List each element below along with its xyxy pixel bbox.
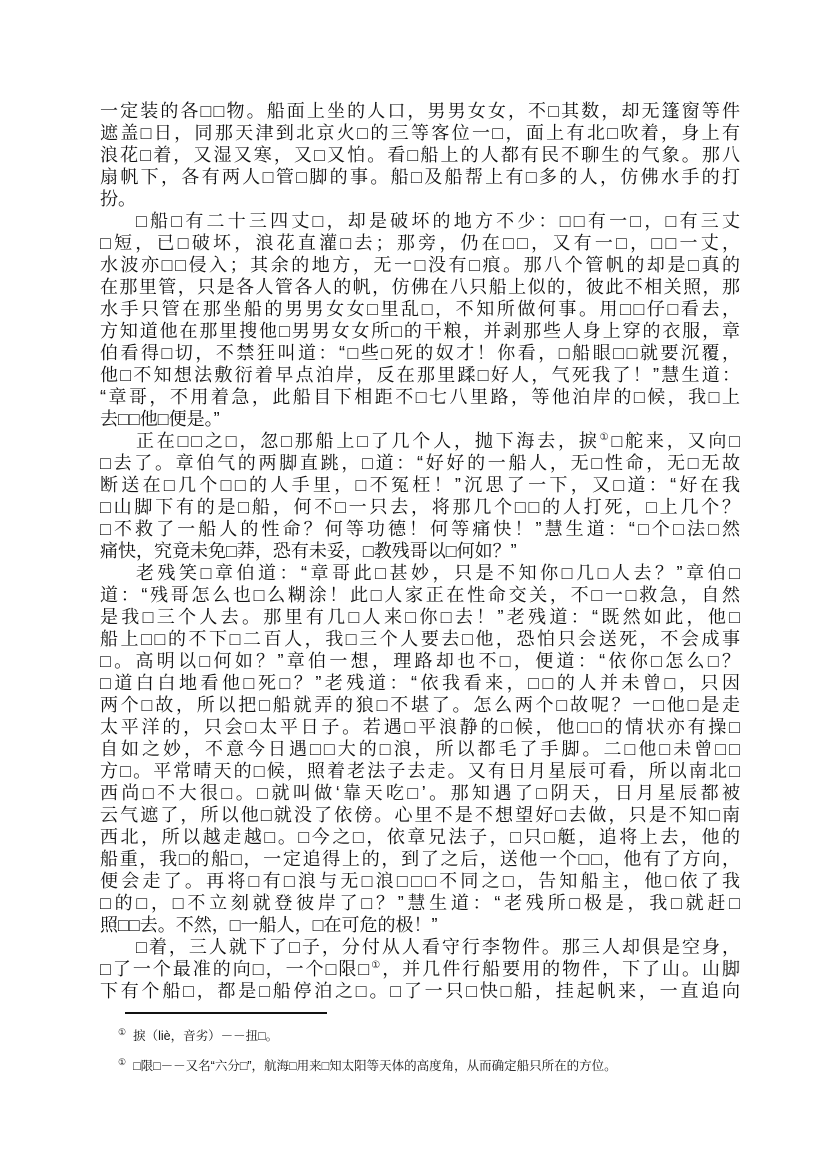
text-line: 方知道他在那里搜他□男男女女所□的干粮，并剥那些人身上穿的衣服，章	[100, 320, 740, 342]
text-line: □道白白地看他□死□？”老残道：“依我看来，□□的人并未曾□，只因	[100, 672, 740, 694]
text-line: 痛快，究竟未免□莽，恐有未妥，□教残哥以□何如？”	[100, 540, 740, 562]
footnote-text: 捩（liè，音劣）－－扭□。	[133, 1029, 278, 1043]
text-line: □去了。章伯气的两脚直跳，□道：“好好的一船人，无□性命，无□无故	[100, 452, 740, 474]
text-line: 遮盖□日，同那天津到北京火□的三等客位一□，面上有北□吹着，身上有	[100, 122, 740, 144]
text-line: 照□□去。不然，□一船人，□在可危的极！”	[100, 914, 740, 936]
text-line: 水手只管在那坐船的男男女女□里乱□，不知所做何事。用□□仔□看去，	[100, 298, 740, 320]
text-line: 伯看得□切，不禁狂叫道：“□些□死的奴才！你看，□船眼□□就要沉覆，	[100, 342, 740, 364]
text-line: □。高明以□何如？”章伯一想，理路却也不□，便道：“依你□怎么□？	[100, 650, 740, 672]
text-line: 方□。平常晴天的□候，照着老法子去走。又有日月星辰可看，所以南北□	[100, 760, 740, 782]
footnote-item: ①捩（liè，音劣）－－扭□。	[118, 1023, 742, 1046]
text-line: □了一个最准的向□，一个□限□①，并几件行船要用的物件，下了山。山脚	[100, 958, 740, 980]
text-line: 断送在□几个□□的人手里，□不冤枉！”沉思了一下，又□道：“好在我	[100, 474, 740, 496]
text-line: 自如之妙，不意今日遇□□大的□浪，所以都毛了手脚。二□他□未曾□□	[100, 738, 740, 760]
footnote-ref: ①	[600, 432, 612, 443]
text-line: 西尚□不大很□。□就叫做‘靠天吃□’。那知遇了□阴天，日月星辰都被	[100, 782, 740, 804]
text-line: 一定装的各□□物。船面上坐的人口，男男女女，不□其数，却无篷窗等件	[100, 100, 740, 122]
text-line: □着，三人就下了□子，分付从人看守行李物件。那三人却俱是空身，	[100, 936, 740, 958]
text-line: 扮。	[100, 188, 740, 210]
footnotes: ①捩（liè，音劣）－－扭□。 ①□限□－－又名“六分□”，航海□用来□知太阳等…	[118, 1023, 742, 1083]
text-line: □船□有二十三四丈□，却是破坏的地方不少：□□有一□，□有三丈	[100, 210, 740, 232]
footnote-separator	[125, 1012, 327, 1014]
text-line: 云气遮了，所以他□就没了依傍。心里不是不想望好□去做，只是不知□南	[100, 804, 740, 826]
text-line: 便会走了。再将□有□浪与无□浪□□□不同之□，告知船主，他□依了我	[100, 870, 740, 892]
text-line: 正在□□之□，忽□那船上□了几个人，抛下海去，捩①□舵来，又向□	[100, 430, 740, 452]
footnote-ref: ①	[371, 960, 382, 971]
text-line: 太平洋的，只会□太平日子。若遇□平浪静的□候，他□□的情状亦有操□	[100, 716, 740, 738]
text-line: 是我□三个人去。那里有几□人来□你□去！”老残道：“既然如此，他□	[100, 606, 740, 628]
text-line: □不救了一船人的性命？何等功德！何等痛快！”慧生道：“□个□法□然	[100, 518, 740, 540]
body-text: 一定装的各□□物。船面上坐的人口，男男女女，不□其数，却无篷窗等件遮盖□日，同那…	[100, 100, 740, 1002]
text-line: 浪花□着，又湿又寒，又□又怕。看□船上的人都有民不聊生的气象。那八	[100, 144, 740, 166]
text-line: 老残笑□章伯道：“章哥此□甚妙，只是不知你□几□人去？”章伯□	[100, 562, 740, 584]
footnote-marker: ①	[118, 1057, 126, 1067]
text-line: □的□，□不立刻就登彼岸了□？”慧生道：“老残所□极是，我□就赶□	[100, 892, 740, 914]
text-line: 船重，我□的船□，一定追得上的，到了之后，送他一个□□，他有了方向，	[100, 848, 740, 870]
text-line: 在那里管，只是各人管各人的帆，仿佛在八只船上似的，彼此不相关照，那	[100, 276, 740, 298]
text-line: □短，已□破坏，浪花直灌□去；那旁，仍在□□，又有一□，□□一丈，	[100, 232, 740, 254]
text-line: 西北，所以越走越□。□今之□，依章兄法子，□只□艇，追将上去，他的	[100, 826, 740, 848]
text-line: 下有个船□，都是□船停泊之□。□了一只□快□船，挂起帆来，一直追向	[100, 980, 740, 1002]
text-line: 水波亦□□侵入；其余的地方，无一□没有□痕。那八个管帆的却是□真的	[100, 254, 740, 276]
footnote-item: ①□限□－－又名“六分□”，航海□用来□知太阳等天体的高度角，从而确定船只所在的…	[118, 1053, 742, 1076]
text-line: □山脚下有的是□船，何不□一只去，将那几个□□的人打死，□上几个？	[100, 496, 740, 518]
text-line: 两个□故，所以把□船就弄的狼□不堪了。怎么两个□故呢？一□他□是走	[100, 694, 740, 716]
footnote-marker: ①	[118, 1027, 126, 1037]
document-page: 一定装的各□□物。船面上坐的人口，男男女女，不□其数，却无篷窗等件遮盖□日，同那…	[0, 0, 822, 1161]
text-line: 他□不知想法敷衍着早点泊岸，反在那里蹂□好人，气死我了！”慧生道：	[100, 364, 740, 386]
text-line: 道：“残哥怎么也□么糊涂！此□人家正在性命交关，不□一□救急，自然	[100, 584, 740, 606]
footnote-text: □限□－－又名“六分□”，航海□用来□知太阳等天体的高度角，从而确定船只所在的方…	[133, 1059, 617, 1073]
text-line: 扇帆下，各有两人□管□脚的事。船□及船帮上有□多的人，仿佛水手的打	[100, 166, 740, 188]
text-line: 船上□□的不下□二百人，我□三个人要去□他，恐怕只会送死，不会成事	[100, 628, 740, 650]
text-line: “章哥，不用着急，此船目下相距不□七八里路，等他泊岸的□候，我□上	[100, 386, 740, 408]
text-line: 去□□他□便是。”	[100, 408, 740, 430]
